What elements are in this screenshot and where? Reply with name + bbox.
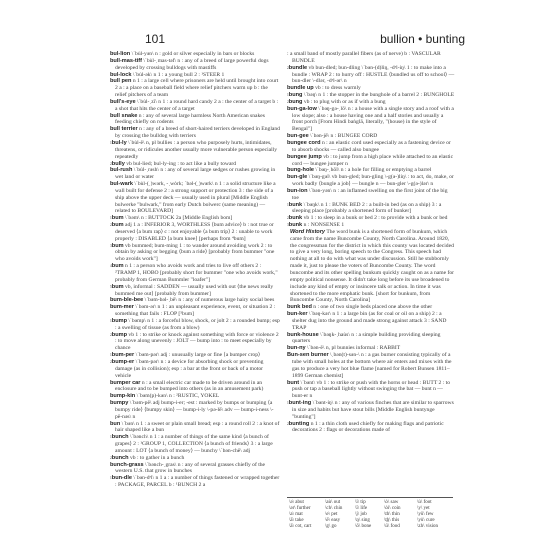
headword: bunch-grass xyxy=(110,462,144,468)
headword: bumper car xyxy=(110,380,140,386)
dictionary-entry: bull terrier n : any of a breed of short… xyxy=(110,126,280,140)
left-column: bul-lion \ˈbu̇l-yən\ n : gold or silver … xyxy=(110,51,280,489)
dictionary-entry: bum-ble-bee \ˈbəm-bəl-ˌbē\ n : any of nu… xyxy=(110,297,280,304)
headword: bundle xyxy=(289,65,307,71)
dictionary-entry: 5bum vb, informal : SADDEN — usually use… xyxy=(110,284,280,298)
headword: bul-rush xyxy=(110,167,132,173)
headword: bun xyxy=(110,421,120,427)
dictionary-entry: : a small band of mostly parallel fibers… xyxy=(287,51,455,65)
headword: bump xyxy=(112,318,127,324)
dictionary-entry: bul-wark \ˈbu̇l-(ˌ)wərk, -ˌwȯrk; ˈbəl-(ˌ… xyxy=(110,181,280,215)
dictionary-entry: bun-ion \ˈbən-yən\ n : an inflamed swell… xyxy=(287,188,455,202)
dictionary-entry: 2bunk vb 1 : to sleep in a bunk or bed 2… xyxy=(287,215,455,222)
definition-text: \ˈbu̇l-ək\ n 1 : a young bull 2 : ¹STEER… xyxy=(131,72,224,78)
definition-text: \ˈbəŋ-gəl\ vb bun-gled; bun-gling \-g(ə-… xyxy=(292,174,454,187)
definition-text: n : any of a breed of short-haired terri… xyxy=(115,126,280,139)
running-head: bullion • bunting xyxy=(380,32,465,46)
dictionary-entry: 2bump vb 1 : to strike or knock against … xyxy=(110,332,280,353)
headword: bungee jump xyxy=(287,154,322,160)
definition-text: \ˈbəŋk\ n 1 : BUNK BED 2 : a built-in be… xyxy=(292,202,441,215)
definition-text: \ˈbəŋ\ n 1 : the stopper in the bunghole… xyxy=(302,92,454,98)
definition-text: vb, informal : SADDEN — usually used wit… xyxy=(115,284,273,297)
definition-text: vb bummed; bum-ming 1 : to wander around… xyxy=(115,243,274,263)
headword: bun-gle xyxy=(287,174,307,180)
headword: bunk bed xyxy=(287,304,312,310)
definition-text: \ˈbən-ē\ n, pl bunnies informal : RABBIT xyxy=(306,345,400,351)
definition-text: n : NONSENSE 1 xyxy=(302,222,344,228)
dictionary-entry: bun-gle \ˈbəŋ-gəl\ vb bun-gled; bun-glin… xyxy=(287,174,455,188)
dictionary-entry: bull's-eye \ˈbu̇l-ˌzī\ n 1 : a round har… xyxy=(110,99,280,113)
definition-text: adj 1 a : INFERIOR 3, WORTHLESS ⟨bum adv… xyxy=(115,222,274,242)
definition-text: \ˈbəm-pər\ n : a device for absorbing sh… xyxy=(115,359,263,379)
dictionary-entry: 2bunting n 1 : a thin cloth used chiefly… xyxy=(287,421,455,435)
definition-text: n 1 : a thin cloth used chiefly for maki… xyxy=(292,421,444,434)
headword: bun-ion xyxy=(287,188,308,194)
headword: bunt-ing xyxy=(289,400,311,406)
definition-text: \ˈbən-dᵊl\ n 1 a : a number of things fa… xyxy=(115,475,279,488)
definition-text: vb : to plug with or as if with a bung xyxy=(302,99,385,105)
definition-text: \ˈbəm-ər\ n 1 : an unpleasant experience… xyxy=(115,304,275,317)
pronunciation-key-item: \ä\ cot, cart xyxy=(289,524,325,530)
definition-text: \ˈbənt-iŋ\ n : any of various finches th… xyxy=(292,400,454,420)
dictionary-entry: bul-lock \ˈbu̇l-ək\ n 1 : a young bull 2… xyxy=(110,72,280,79)
pronunciation-key: \ə\ abut\au̇\ out\i\ tip\ȯ\ saw\u̇\ foot… xyxy=(289,500,455,530)
definition-text: : a small band of mostly parallel fibers… xyxy=(287,51,441,64)
definition-text: vb : to gather in a bunch xyxy=(129,455,185,461)
headword: bun-ny xyxy=(287,345,306,351)
headword: bum xyxy=(112,284,124,290)
headword: bum-ble-bee xyxy=(110,297,143,303)
headword: bun-gee xyxy=(287,133,309,139)
word-history-note: Word History The word bunk is a shortene… xyxy=(287,229,455,304)
definition-text: \ˈbəm\ n : BUTTOCK 2a [Middle English bo… xyxy=(124,215,233,221)
definition-text: \ˈbəm-pē\ adj bump-i-er; -est : marked b… xyxy=(115,400,274,420)
headword: bun-ga-low xyxy=(287,106,317,112)
dictionary-entry: bump-kin \ˈbəm(p)-kən\ n : ²RUSTIC, YOKE… xyxy=(110,393,280,400)
headword: bunt xyxy=(287,380,299,386)
headword: bunting xyxy=(289,421,310,427)
dictionary-entry: bun-ga-low \ˈbəŋ-gə-ˌlō\ n : a house wit… xyxy=(287,106,455,133)
dictionary-entry: 2bundle vb bun-dled; bun-dling \ˈbən-(d)… xyxy=(287,65,455,86)
headword: bum-mer xyxy=(110,304,134,310)
definition-text: \ˈbəm-bəl-ˌbē\ n : any of numerous large… xyxy=(143,297,274,303)
definition-text: \ˈbu̇l-ˌzī\ n 1 : a round hard candy 2 a… xyxy=(115,99,278,112)
headword: bull terrier xyxy=(110,126,138,132)
definition-text: \ˈbən-jē\ n : BUNGEE CORD xyxy=(309,133,378,139)
definition-text: \ˈbəm(p)-kən\ n : ²RUSTIC, YOKEL xyxy=(135,393,219,399)
headword: bung xyxy=(289,99,303,105)
definition-text: \ˈbənch\ n 1 : a number of things of the… xyxy=(115,434,273,454)
headword: bum xyxy=(112,222,124,228)
headword: bul-ly xyxy=(112,140,127,146)
dictionary-entry: 2bump-er \ˈbəm-pər\ n : a device for abs… xyxy=(110,359,280,380)
dictionary-entry: bull snake n : any of several large harm… xyxy=(110,113,280,127)
definition-text: \ˈbəŋ-ˌhōl\ n : a hole for filling or em… xyxy=(314,167,431,173)
dictionary-entry: bun-gee \ˈbən-jē\ n : BUNGEE CORD xyxy=(287,133,455,140)
definition-text: \ˈbən-yən\ n : an inflamed swelling on t… xyxy=(292,188,448,201)
dictionary-entry: bungee jump vb : to jump from a high pla… xyxy=(287,154,455,168)
headword: bum-per xyxy=(112,352,134,358)
dictionary-entry: 2bung vb : to plug with or as if with a … xyxy=(287,99,455,106)
headword: bull-mas-tiff xyxy=(110,58,142,64)
headword: bunk-house xyxy=(287,332,319,338)
headword: bundle up xyxy=(287,85,314,91)
dictionary-entry: bunk-house \ˈbəŋk-ˌhau̇s\ n : a simple b… xyxy=(287,332,455,346)
dictionary-entry: 1bunch \ˈbənch\ n 1 : a number of things… xyxy=(110,434,280,455)
definition-text: vb 1 : to strike or knock against someth… xyxy=(115,332,279,352)
page-number: 101 xyxy=(145,32,165,46)
headword: bull pen xyxy=(110,78,131,84)
definition-text: vb 1 : to sleep in a bunk or bed 2 : to … xyxy=(302,215,447,221)
dictionary-entry: 1bum-per \ˈbəm-pər\ adj : unusually larg… xyxy=(110,352,280,359)
headword: bul-wark xyxy=(110,181,133,187)
definition-text: The word bunk is a shortened form of bun… xyxy=(290,229,454,303)
definition-text: n : any of several large harmless North … xyxy=(115,113,265,126)
key-divider xyxy=(287,497,453,498)
dictionary-entry: bull-mas-tiff \ˈbu̇l-ˌmas-təf\ n : any o… xyxy=(110,58,280,72)
pronunciation-key-item: \ü\ food xyxy=(384,524,417,530)
definition-text: \ˈbən\ n 1 : a sweet or plain small brea… xyxy=(115,421,279,434)
headword: bull snake xyxy=(110,113,137,119)
dictionary-entry: bun-ker \ˈbəŋ-kər\ n 1 : a large bin (as… xyxy=(287,311,455,332)
dictionary-entry: bumpy \ˈbəm-pē\ adj bump-i-er; -est : ma… xyxy=(110,400,280,421)
headword: bumpy xyxy=(110,400,128,406)
dictionary-entry: 2bum adj 1 a : INFERIOR 3, WORTHLESS ⟨bu… xyxy=(110,222,280,243)
definition-text: n 1 : a person who avoids work and tries… xyxy=(115,263,278,283)
definition-text: n : one of two single beds placed one ab… xyxy=(312,304,432,310)
word-history-title: Word History xyxy=(290,229,325,235)
pronunciation-key-item: \zh\ vision xyxy=(417,524,451,530)
headword: bump-kin xyxy=(110,393,135,399)
dictionary-entry: bunt \ˈbənt\ vb 1 : to strike or push wi… xyxy=(287,380,455,401)
headword: bunk xyxy=(289,202,302,208)
headword: bump-er xyxy=(112,359,134,365)
definition-text: \ˈbu̇l-(ˌ)wərk, -ˌwȯrk; ˈbəl-(ˌ)wərk\ n … xyxy=(115,181,276,214)
headword: bung xyxy=(289,92,303,98)
dictionary-entry: bul-rush \ˈbu̇l-ˌrəsh\ n : any of severa… xyxy=(110,167,280,181)
definition-text: \ˈbəm-pər\ adj : unusually large or fine… xyxy=(134,352,260,358)
headword: bungee cord xyxy=(287,140,321,146)
dictionary-entry: bungee cord n : an elastic cord used esp… xyxy=(287,140,455,154)
definition-text: \ˈbəmp\ n 1 : a forceful blow, shock, or… xyxy=(115,318,280,331)
dictionary-entry: bunch-grass \ˈbənch-ˌgras\ n : any of se… xyxy=(110,462,280,476)
dictionary-entry: Bun-sen burner \ˌbən(t)-sən-\ n : a gas … xyxy=(287,352,455,379)
dictionary-entry: 1bump \ˈbəmp\ n 1 : a forceful blow, sho… xyxy=(110,318,280,332)
headword: bun-dle xyxy=(112,475,132,481)
headword: bull's-eye xyxy=(110,99,136,105)
dictionary-entry: 4bum n 1 : a person who avoids work and … xyxy=(110,263,280,284)
dictionary-entry: bumper car n : a small electric car made… xyxy=(110,380,280,394)
dictionary-entry: 1bunk \ˈbəŋk\ n 1 : BUNK BED 2 : a built… xyxy=(287,202,455,216)
pronunciation-key-item: \g\ go xyxy=(325,524,355,530)
headword: bum xyxy=(112,215,124,221)
dictionary-entry: 1bul-ly \ˈbu̇l-ē\ n, pl bullies : a pers… xyxy=(110,140,280,161)
headword: Bun-sen burner xyxy=(287,352,329,358)
definition-text: vb bun-dled; bun-dling \ˈbən-(d)liŋ, -dᵊ… xyxy=(292,65,454,85)
dictionary-entry: 3bunk n : NONSENSE 1 xyxy=(287,222,455,229)
dictionary-entry: 1bunt-ing \ˈbənt-iŋ\ n : any of various … xyxy=(287,400,455,421)
dictionary-entry: bun \ˈbən\ n 1 : a sweet or plain small … xyxy=(110,421,280,435)
right-column: : a small band of mostly parallel fibers… xyxy=(287,51,455,434)
headword: bunk xyxy=(289,215,302,221)
headword: bum xyxy=(112,243,124,249)
headword: bung-hole xyxy=(287,167,314,173)
dictionary-entry: 1bun-dle \ˈbən-dᵊl\ n 1 a : a number of … xyxy=(110,475,280,489)
headword: bun-ker xyxy=(287,311,308,317)
definition-text: n 1 : a large cell where prisoners are h… xyxy=(115,78,278,98)
definition-text: vb : to dress warmly xyxy=(314,85,361,91)
headword: bump xyxy=(112,332,127,338)
dictionary-entry: bull pen n 1 : a large cell where prison… xyxy=(110,78,280,99)
headword: bunch xyxy=(112,434,129,440)
headword: bul-lock xyxy=(110,72,131,78)
dictionary-entry: bul-lion \ˈbu̇l-yən\ n : gold or silver … xyxy=(110,51,280,58)
definition-text: \ˈbənt\ vb 1 : to strike or push with th… xyxy=(292,380,450,400)
definition-text: \ˈbəŋ-gə-ˌlō\ n : a house with a single … xyxy=(292,106,454,133)
headword: bum xyxy=(112,263,124,269)
dictionary-entry: 2bunch vb : to gather in a bunch xyxy=(110,455,280,462)
dictionary-entry: bum-mer \ˈbəm-ər\ n 1 : an unpleasant ex… xyxy=(110,304,280,318)
headword: bul-lion xyxy=(110,51,130,57)
definition-text: vb bul-lied; bul-ly-ing : to act like a … xyxy=(125,161,236,167)
headword: bully xyxy=(112,161,125,167)
headword: bunk xyxy=(289,222,302,228)
pronunciation-key-item: \ō\ bone xyxy=(355,524,384,530)
definition-text: \ˈbəŋ-kər\ n 1 : a large bin (as for coa… xyxy=(292,311,446,331)
dictionary-entry: 3bum vb bummed; bum-ming 1 : to wander a… xyxy=(110,243,280,264)
headword: bunch xyxy=(112,455,129,461)
dictionary-entry: 1bung \ˈbəŋ\ n 1 : the stopper in the bu… xyxy=(287,92,455,99)
definition-text: \ˈbu̇l-yən\ n : gold or silver especiall… xyxy=(130,51,254,57)
definition-text: \ˈbu̇l-ē\ n, pl bullies : a person who p… xyxy=(115,140,277,160)
definition-text: \ˈbu̇l-ˌrəsh\ n : any of several large s… xyxy=(115,167,275,180)
